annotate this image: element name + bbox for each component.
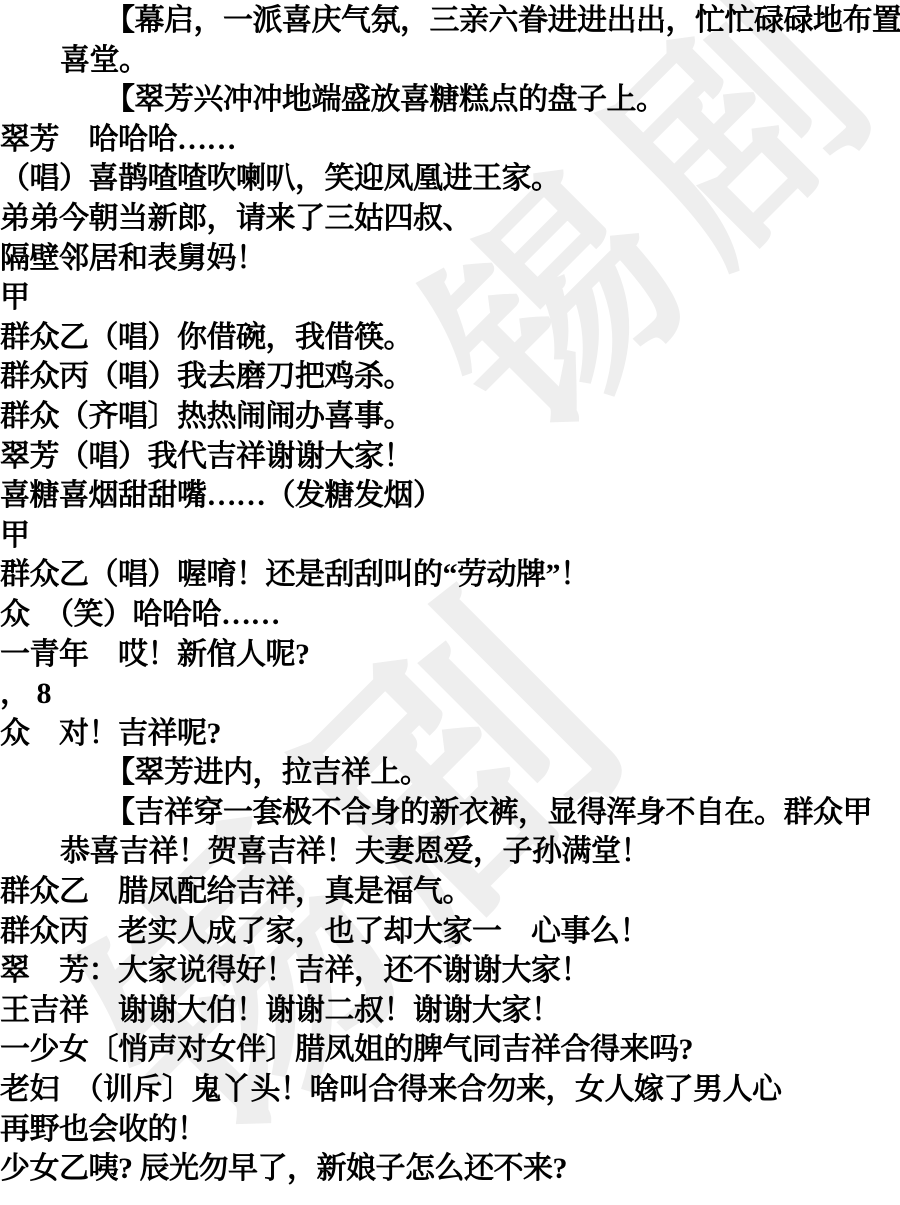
script-line: ， 8 bbox=[0, 674, 900, 714]
script-line: 一青年 哎！新倌人呢? bbox=[0, 635, 900, 675]
script-line: 群众乙 腊凤配给吉祥，真是福气。 bbox=[0, 872, 900, 912]
script-line: 弟弟今朝当新郎，请来了三姑四叔、 bbox=[0, 199, 900, 239]
script-line: 众 对！吉祥呢? bbox=[0, 714, 900, 754]
script-line: 群众乙（唱）喔唷！还是刮刮叫的“劳动牌”！ bbox=[0, 555, 900, 595]
script-line: 喜糖喜烟甜甜嘴……（发糖发烟） bbox=[0, 476, 900, 516]
script-line: 翠芳 哈哈哈…… bbox=[0, 120, 900, 160]
script-line: 【翠芳进内，拉吉祥上。 bbox=[0, 753, 900, 793]
script-line: 老妇 （训斥〕鬼丫头！啥叫合得来合勿来，女人嫁了男人心 bbox=[0, 1070, 900, 1110]
script-line: 【幕启，一派喜庆气氛，三亲六眷进进出出，忙忙碌碌地布置 bbox=[0, 1, 900, 41]
script-line: 少女乙咦? 辰光勿早了，新娘子怎么还不来? bbox=[0, 1149, 900, 1189]
script-line: （唱）喜鹊喳喳吹喇叭，笑迎凤凰进王家。 bbox=[0, 159, 900, 199]
document-page: 锡剧 锡剧 【幕启，一派喜庆气氛，三亲六眷进进出出，忙忙碌碌地布置喜堂。【翠芳兴… bbox=[0, 0, 900, 1205]
script-line: 群众（齐唱〕热热闹闹办喜事。 bbox=[0, 397, 900, 437]
script-line: 一少女〔悄声对女伴〕腊凤姐的脾气同吉祥合得来吗? bbox=[0, 1030, 900, 1070]
script-line: 群众丙 老实人成了家，也了却大家一 心事么！ bbox=[0, 912, 900, 952]
script-line: 再野也会收的！ bbox=[0, 1110, 900, 1150]
script-line: 翠芳（唱）我代吉祥谢谢大家！ bbox=[0, 437, 900, 477]
script-line: 喜堂。 bbox=[0, 41, 900, 81]
script-line: 恭喜吉祥！贺喜吉祥！夫妻恩爱，子孙满堂！ bbox=[0, 832, 900, 872]
script-line: 甲 bbox=[0, 278, 900, 318]
script-line: 甲 bbox=[0, 516, 900, 556]
script-line: 群众丙（唱）我去磨刀把鸡杀。 bbox=[0, 357, 900, 397]
script-line: 【翠芳兴冲冲地端盛放喜糖糕点的盘子上。 bbox=[0, 80, 900, 120]
script-line: 隔壁邻居和表舅妈！ bbox=[0, 239, 900, 279]
script-line: 众 （笑）哈哈哈…… bbox=[0, 595, 900, 635]
script-line: 【吉祥穿一套极不合身的新衣裤，显得浑身不自在。群众甲 bbox=[0, 793, 900, 833]
script-line: 王吉祥 谢谢大伯！谢谢二叔！谢谢大家！ bbox=[0, 991, 900, 1031]
script-line: 翠 芳：大家说得好！吉祥，还不谢谢大家！ bbox=[0, 951, 900, 991]
script-body: 【幕启，一派喜庆气氛，三亲六眷进进出出，忙忙碌碌地布置喜堂。【翠芳兴冲冲地端盛放… bbox=[0, 0, 900, 1189]
script-line: 群众乙（唱）你借碗，我借筷。 bbox=[0, 318, 900, 358]
